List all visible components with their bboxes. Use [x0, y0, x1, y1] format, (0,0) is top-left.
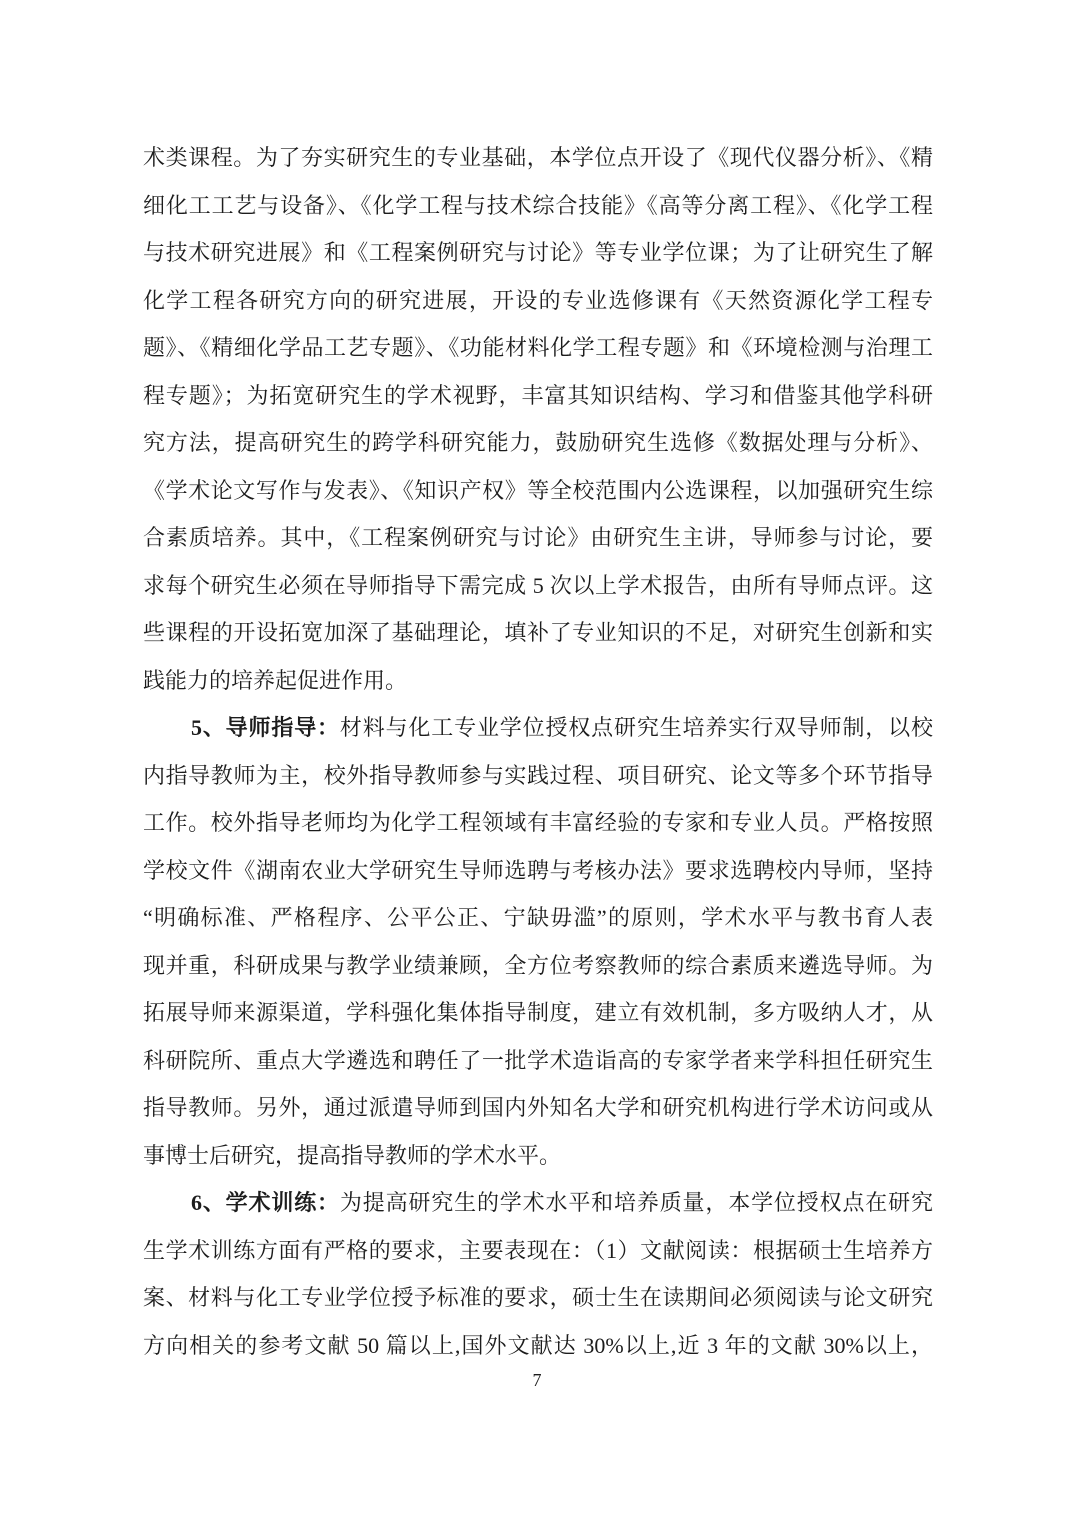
- paragraph-academic-training: 6、学术训练：为提高研究生的学术水平和培养质量，本学位授权点在研究生学术训练方面…: [143, 1179, 933, 1369]
- text-line: 工作。校外指导老师均为化学工程领域有丰富经验的专家和专业人员。严格按照: [143, 799, 933, 847]
- document-body: 术类课程。为了夯实研究生的专业基础，本学位点开设了《现代仪器分析》、《精细化工工…: [143, 134, 933, 1369]
- text-line: 现并重，科研成果与教学业绩兼顾，全方位考察教师的综合素质来遴选导师。为: [143, 942, 933, 990]
- text-line: 6、学术训练：为提高研究生的学术水平和培养质量，本学位授权点在研究: [143, 1179, 933, 1227]
- text-line: 生学术训练方面有严格的要求，主要表现在：（1）文献阅读：根据硕士生培养方: [143, 1227, 933, 1275]
- section-heading: 5、导师指导：: [191, 715, 340, 740]
- page-number: 7: [533, 1370, 542, 1390]
- text-line: 术类课程。为了夯实研究生的专业基础，本学位点开设了《现代仪器分析》、《精: [143, 134, 933, 182]
- text-line: 《学术论文写作与发表》、《知识产权》等全校范围内公选课程，以加强研究生综: [143, 467, 933, 515]
- text-line: 细化工工艺与设备》、《化学工程与技术综合技能》《高等分离工程》、《化学工程: [143, 182, 933, 230]
- text-line: 些课程的开设拓宽加深了基础理论，填补了专业知识的不足，对研究生创新和实: [143, 609, 933, 657]
- text-line: 科研院所、重点大学遴选和聘任了一批学术造诣高的专家学者来学科担任研究生: [143, 1037, 933, 1085]
- text-line: 程专题》；为拓宽研究生的学术视野，丰富其知识结构、学习和借鉴其他学科研: [143, 372, 933, 420]
- document-page: 术类课程。为了夯实研究生的专业基础，本学位点开设了《现代仪器分析》、《精细化工工…: [0, 0, 1074, 1520]
- page-footer: 7: [0, 1368, 1074, 1392]
- text-line: 究方法，提高研究生的跨学科研究能力，鼓励研究生选修《数据处理与分析》、: [143, 419, 933, 467]
- text-line: 内指导教师为主，校外指导教师参与实践过程、项目研究、论文等多个环节指导: [143, 752, 933, 800]
- text-line: 指导教师。另外，通过派遣导师到国内外知名大学和研究机构进行学术访问或从: [143, 1084, 933, 1132]
- text-line: 5、导师指导：材料与化工专业学位授权点研究生培养实行双导师制，以校: [143, 704, 933, 752]
- section-heading: 6、学术训练：: [191, 1190, 340, 1215]
- text-line: “明确标准、严格程序、公平公正、宁缺毋滥”的原则，学术水平与教书育人表: [143, 894, 933, 942]
- paragraph-curriculum: 术类课程。为了夯实研究生的专业基础，本学位点开设了《现代仪器分析》、《精细化工工…: [143, 134, 933, 704]
- text-line: 事博士后研究，提高指导教师的学术水平。: [143, 1132, 933, 1180]
- text-line: 题》、《精细化学品工艺专题》、《功能材料化学工程专题》和《环境检测与治理工: [143, 324, 933, 372]
- text-line: 求每个研究生必须在导师指导下需完成 5 次以上学术报告，由所有导师点评。这: [143, 562, 933, 610]
- text-line: 化学工程各研究方向的研究进展，开设的专业选修课有《天然资源化学工程专: [143, 277, 933, 325]
- text-line: 践能力的培养起促进作用。: [143, 657, 933, 705]
- text-line: 方向相关的参考文献 50 篇以上,国外文献达 30%以上,近 3 年的文献 30…: [143, 1322, 933, 1370]
- text-line: 案、材料与化工专业学位授予标准的要求，硕士生在读期间必须阅读与论文研究: [143, 1274, 933, 1322]
- text-line: 合素质培养。其中，《工程案例研究与讨论》由研究生主讲，导师参与讨论，要: [143, 514, 933, 562]
- paragraph-mentor-guidance: 5、导师指导：材料与化工专业学位授权点研究生培养实行双导师制，以校内指导教师为主…: [143, 704, 933, 1179]
- text-line: 拓展导师来源渠道，学科强化集体指导制度，建立有效机制，多方吸纳人才，从: [143, 989, 933, 1037]
- text-line: 学校文件《湖南农业大学研究生导师选聘与考核办法》要求选聘校内导师，坚持: [143, 847, 933, 895]
- text-line: 与技术研究进展》和《工程案例研究与讨论》等专业学位课；为了让研究生了解: [143, 229, 933, 277]
